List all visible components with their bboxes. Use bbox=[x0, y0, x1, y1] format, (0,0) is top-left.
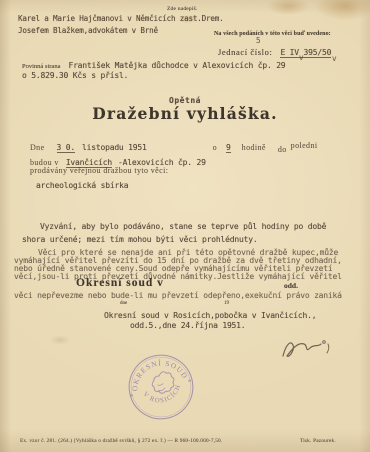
time-part2: poledni bbox=[291, 141, 318, 150]
form-court-overprint: Okresní soud v bbox=[76, 277, 164, 289]
body-paragraph2-line4: věcí,jsou-li proti převzetí důvodné námi… bbox=[14, 272, 342, 281]
time-unit: hodině bbox=[242, 143, 266, 152]
form-overprint-note: Zde nadepiš. bbox=[167, 6, 198, 12]
form-dept-overprint: odd. bbox=[284, 281, 298, 290]
time-label: o bbox=[213, 143, 217, 152]
signature bbox=[280, 336, 332, 362]
form-year-overprint: 19 bbox=[224, 301, 229, 306]
body-paragraph2-line5: věci nepřevezme nebo bude-li mu převzetí… bbox=[14, 291, 342, 300]
closing-court-line: Okresní soud v Rosicích,pobočka v Ivanči… bbox=[104, 311, 316, 320]
svg-text:V ROSICÍCH: V ROSICÍCH bbox=[141, 382, 186, 409]
addressee-line-1: Karel a Marie Hajčmanovi v Němčicích zas… bbox=[18, 14, 223, 23]
body-paragraph1-line1: Vyzvání, aby bylo podáváno, stane se tep… bbox=[40, 222, 326, 231]
time-part1: do bbox=[278, 145, 287, 154]
date-rest: listopadu 1951 bbox=[82, 143, 147, 152]
document-page: Zde nadepiš. Karel a Marie Hajčmanovi v … bbox=[0, 0, 370, 452]
date-label: Dne bbox=[30, 143, 45, 152]
party-label: Povinná strana bbox=[22, 63, 60, 70]
stamp-bottom-text: V ROSICÍCH bbox=[141, 382, 186, 409]
auction-items: archeologická sbírka bbox=[36, 181, 128, 190]
body-paragraph1-line2: shora určené; mezi tím mohou býti věci p… bbox=[22, 235, 257, 244]
auction-action-line: prodávány veřejnou dražbou tyto věci: bbox=[30, 166, 168, 175]
time-value: 9 bbox=[226, 143, 231, 153]
footer-printer: Tisk. Pazourek. bbox=[300, 438, 336, 444]
case-number-annotation: 5 bbox=[256, 36, 260, 45]
claim-amount: o 5.829.30 Kčs s přísl. bbox=[22, 71, 128, 80]
check-mark-1: v bbox=[299, 53, 303, 62]
closing-dept-date-line: odd.5.,dne 24.října 1951. bbox=[130, 321, 245, 330]
page-title: Dražební vyhláška. bbox=[0, 104, 370, 123]
check-mark-2: v bbox=[332, 54, 336, 63]
court-stamp: OKRESNÍ SOUD V ROSICÍCH * * bbox=[116, 342, 206, 432]
addressee-line-2: Josefem Blažkem,advokátem v Brně bbox=[18, 26, 158, 35]
form-dne-overprint: dne bbox=[120, 301, 127, 306]
case-number-value: E IV 395/50 bbox=[280, 48, 331, 58]
stamp-star-left: * bbox=[129, 391, 135, 401]
party-value: František Matějka důchodce v Alexovicích… bbox=[68, 61, 285, 70]
footer-form-reference: Ex. vzor č. 281. (264.) (Vyhláška o draž… bbox=[20, 438, 222, 444]
file-notice: Na všech podáních v této věci buď uveden… bbox=[214, 31, 331, 37]
